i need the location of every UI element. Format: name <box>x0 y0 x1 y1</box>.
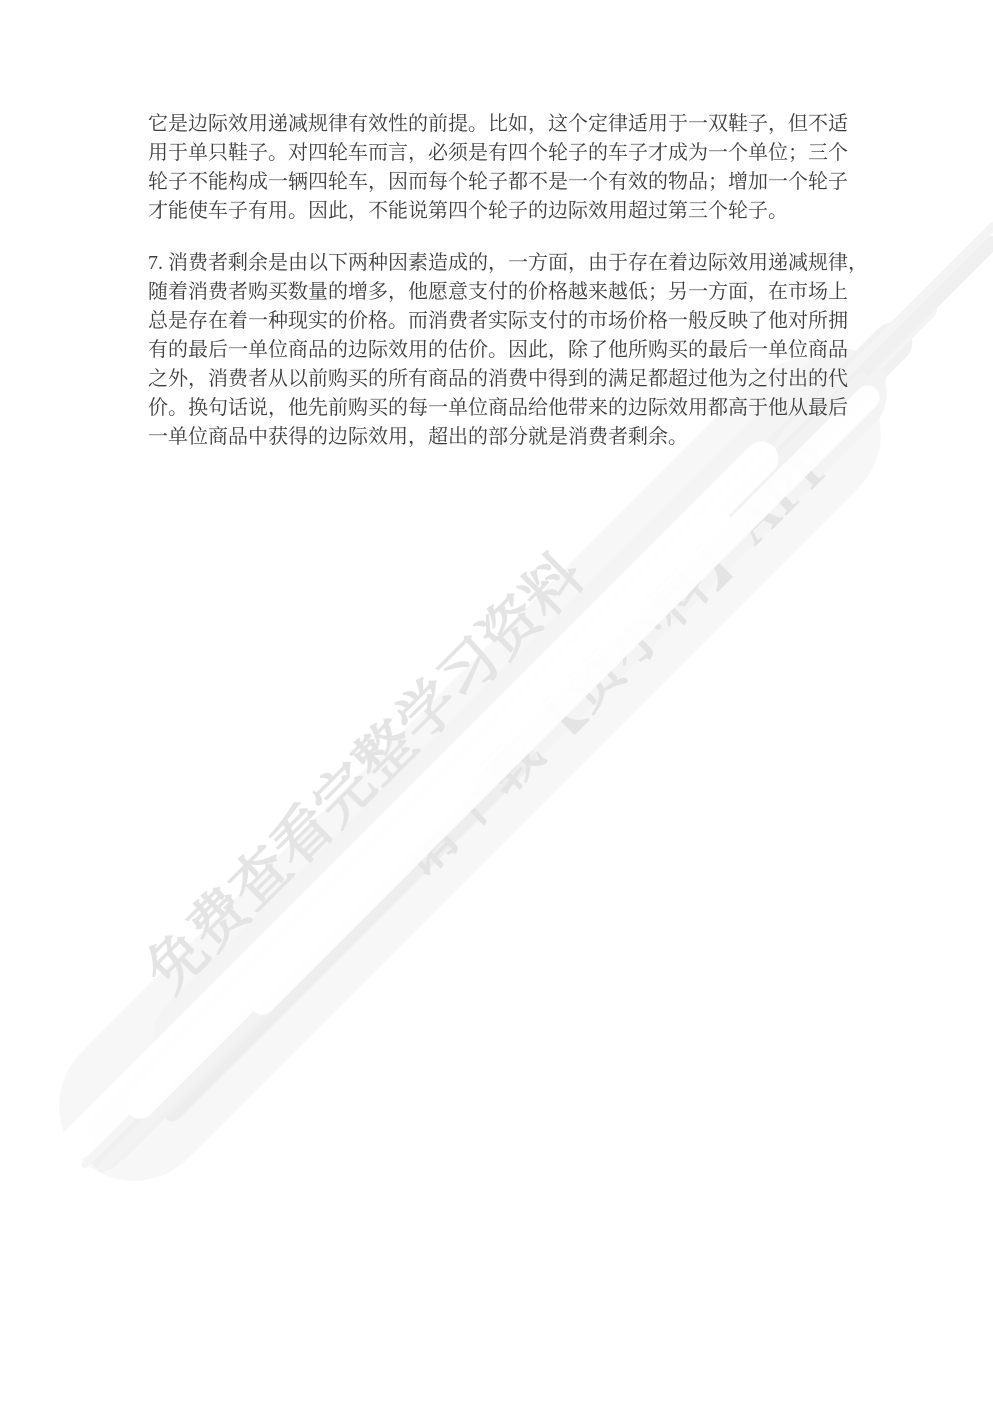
text-line: 总是存在着一种现实的价格。而消费者实际支付的市场价格一般反映了他对所拥 <box>148 307 848 336</box>
text-line: 有的最后一单位商品的边际效用的估价。因此，除了他所购买的最后一单位商品 <box>148 336 848 365</box>
text-line: 随着消费者购买数量的增多，他愿意支付的价格越来越低；另一方面，在市场上 <box>148 278 848 307</box>
text-line: 价。换句话说，他先前购买的每一单位商品给他带来的边际效用都高于他从最后 <box>148 394 848 423</box>
text-line: 它是边际效用递减规律有效性的前提。比如，这个定律适用于一双鞋子，但不适 <box>148 110 848 139</box>
paragraph: 7. 消费者剩余是由以下两种因素造成的，一方面，由于存在着边际效用递减规律，随着… <box>148 249 848 452</box>
text-line: 7. 消费者剩余是由以下两种因素造成的，一方面，由于存在着边际效用递减规律， <box>148 249 848 278</box>
body-text: 它是边际效用递减规律有效性的前提。比如，这个定律适用于一双鞋子，但不适用于单只鞋… <box>148 110 848 452</box>
text-line: 才能使车子有用。因此，不能说第四个轮子的边际效用超过第三个轮子。 <box>148 197 848 226</box>
document-page: 免费查看完整学习资料 请下载【资小料】APP 它是边际效用递减规律有效性的前提。… <box>0 0 993 1404</box>
text-line: 用于单只鞋子。对四轮车而言，必须是有四个轮子的车子才成为一个单位；三个 <box>148 139 848 168</box>
white-brush-streak <box>120 765 479 1124</box>
text-line: 一单位商品中获得的边际效用，超出的部分就是消费者剩余。 <box>148 423 848 452</box>
text-line: 轮子不能构成一辆四轮车，因而每个轮子都不是一个有效的物品；增加一个轮子 <box>148 168 848 197</box>
text-line: 之外，消费者从以前购买的所有商品的消费中得到的满足都超过他为之付出的代 <box>148 365 848 394</box>
paragraph: 它是边际效用递减规律有效性的前提。比如，这个定律适用于一双鞋子，但不适用于单只鞋… <box>148 110 848 226</box>
white-brush-streak <box>54 434 785 1165</box>
white-brush-streak <box>245 380 884 1019</box>
